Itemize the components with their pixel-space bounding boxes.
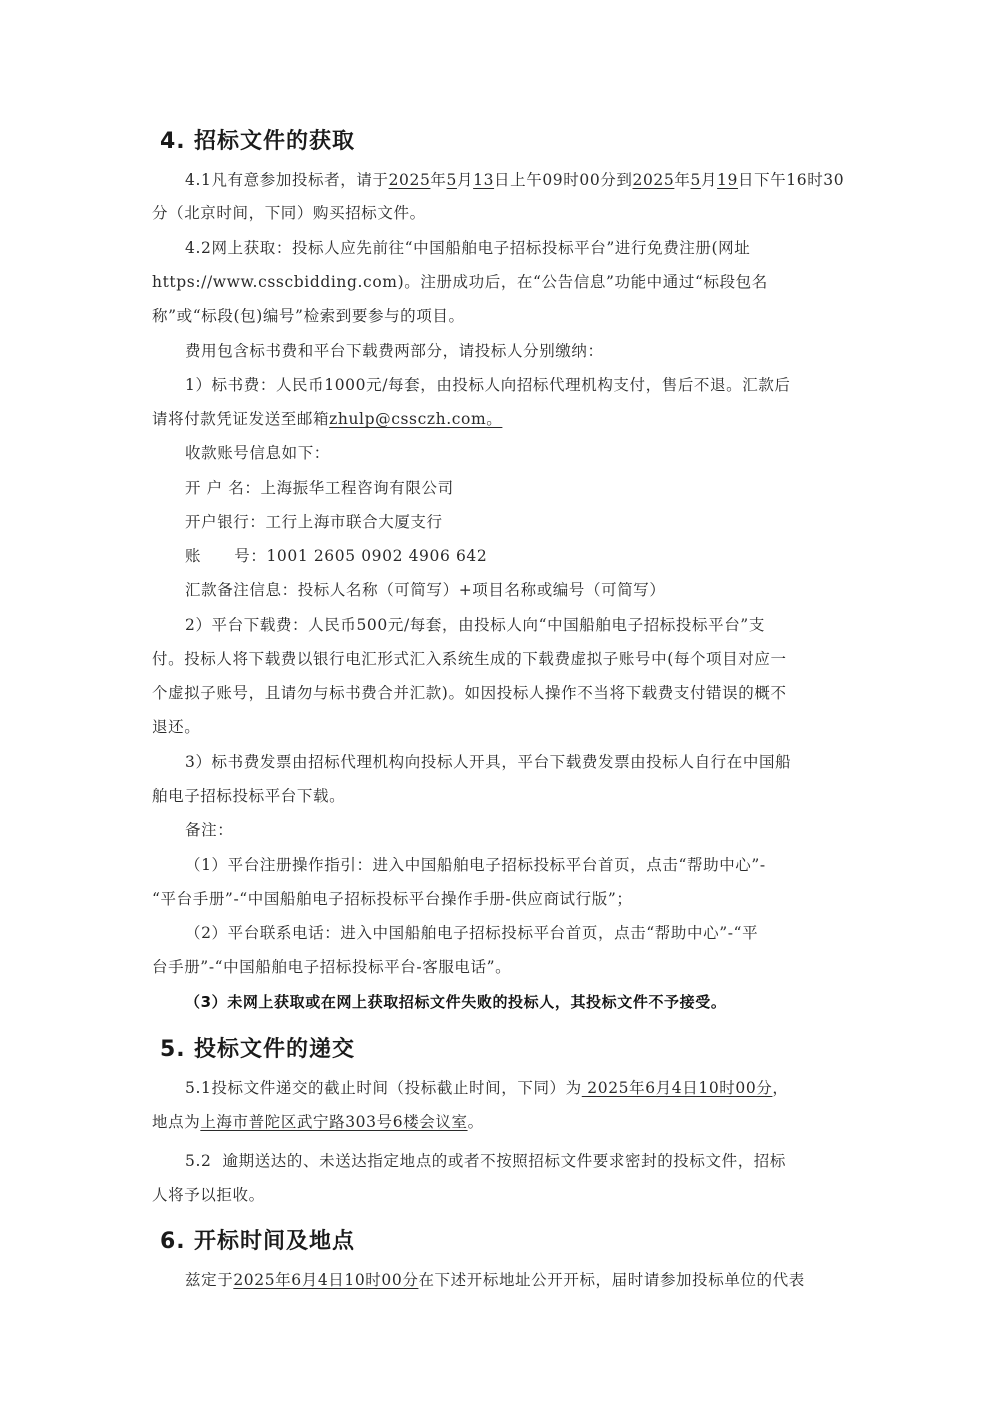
note1-line1: （1）平台注册操作指引：进入中国船舶电子招标投标平台首页，点击“帮助中心”- (185, 855, 766, 875)
opening-datetime: 2025年6月4日10时00分 (233, 1271, 418, 1289)
date-month: 5 (447, 171, 457, 189)
notes-label: 备注： (185, 820, 233, 840)
fee3-line1: 3）标书费发票由招标代理机构向投标人开具，平台下载费发票由投标人自行在中国船 (185, 752, 791, 772)
fee1-line2: 请将付款凭证发送至邮箱zhulp@cssczh.com。 (152, 409, 502, 429)
section-heading-4: 4.招标文件的获取 (160, 124, 355, 155)
fee3-line2: 舶电子招标投标平台下载。 (152, 786, 345, 806)
fees-intro: 费用包含标书费和平台下载费两部分，请投标人分别缴纳： (185, 341, 604, 361)
submission-deadline: 2025年6月4日10时00分 (582, 1079, 773, 1097)
fee2-line2: 付。投标人将下载费以银行电汇形式汇入系统生成的下载费虚拟子账号中(每个项目对应一 (152, 649, 787, 669)
fee2-line3: 个虚拟子账号，且请勿与标书费合并汇款)。如因投标人操作不当将下载费支付错误的概不 (152, 683, 787, 703)
paragraph-4-2-line3: 称”或“标段(包)编号”检索到要参与的项目。 (152, 306, 465, 326)
section-heading-5: 5.投标文件的递交 (160, 1032, 355, 1063)
date-year: 2025 (389, 171, 431, 189)
paragraph-6-1-line1: 兹定于2025年6月4日10时00分在下述开标地址公开开标，届时请参加投标单位的… (185, 1270, 805, 1290)
email-link[interactable]: zhulp@cssczh.com。 (329, 410, 502, 428)
date-day: 13 (473, 171, 494, 189)
fee2-line1: 2）平台下载费：人民币500元/每套，由投标人向“中国船舶电子招标投标平台”支 (185, 615, 765, 635)
paragraph-5-1-line1: 5.1投标文件递交的截止时间（投标截止时间，下同）为 2025年6月4日10时0… (185, 1078, 789, 1098)
section-number: 5. (160, 1037, 194, 1062)
account-bank: 开户银行：工行上海市联合大厦支行 (185, 512, 443, 532)
section-title: 开标时间及地点 (194, 1229, 355, 1254)
section-title: 投标文件的递交 (194, 1037, 355, 1062)
submission-location: 上海市普陀区武宁路303号6楼会议室 (200, 1113, 467, 1131)
date-year: 2025 (633, 171, 675, 189)
date-month: 5 (690, 171, 700, 189)
paragraph-5-1-line2: 地点为上海市普陀区武宁路303号6楼会议室。 (152, 1112, 484, 1132)
date-day: 19 (717, 171, 738, 189)
note2-line2: 台手册”-“中国船舶电子招标投标平台-客服电话”。 (152, 957, 511, 977)
note3: （3）未网上获取或在网上获取招标文件失败的投标人，其投标文件不予接受。 (185, 992, 726, 1012)
section-title: 招标文件的获取 (194, 129, 355, 154)
document-page: 4.招标文件的获取 4.1凡有意参加投标者，请于2025年5月13日上午09时0… (0, 0, 1000, 1415)
section-number: 6. (160, 1229, 194, 1254)
account-number: 账 号：1001 2605 0902 4906 642 (185, 546, 487, 566)
paragraph-4-1-line2: 分（北京时间，下同）购买招标文件。 (152, 203, 426, 223)
paragraph-4-2-line1: 4.2网上获取：投标人应先前往“中国船舶电子招标投标平台”进行免费注册(网址 (185, 238, 750, 258)
paragraph-5-2-line2: 人将予以拒收。 (152, 1185, 265, 1205)
fee2-line4: 退还。 (152, 717, 200, 737)
account-name: 开 户 名：上海振华工程咨询有限公司 (185, 478, 454, 498)
section-number: 4. (160, 129, 194, 154)
paragraph-4-2-line2: https://www.csscbidding.com)。注册成功后，在“公告信… (152, 272, 768, 292)
note1-line2: “平台手册”-“中国船舶电子招标投标平台操作手册-供应商试行版”； (152, 889, 632, 909)
account-remark: 汇款备注信息：投标人名称（可简写）+项目名称或编号（可简写） (185, 580, 666, 600)
paragraph-4-1-line1: 4.1凡有意参加投标者，请于2025年5月13日上午09时00分到2025年5月… (185, 170, 844, 190)
fee1-line1: 1）标书费：人民币1000元/每套，由投标人向招标代理机构支付，售后不退。汇款后 (185, 375, 791, 395)
paragraph-5-2-line1: 5.2 逾期送达的、未送达指定地点的或者不按照招标文件要求密封的投标文件，招标 (185, 1151, 786, 1171)
section-heading-6: 6.开标时间及地点 (160, 1224, 355, 1255)
account-intro: 收款账号信息如下： (185, 443, 330, 463)
note2-line1: （2）平台联系电话：进入中国船舶电子招标投标平台首页，点击“帮助中心”-“平 (185, 923, 758, 943)
